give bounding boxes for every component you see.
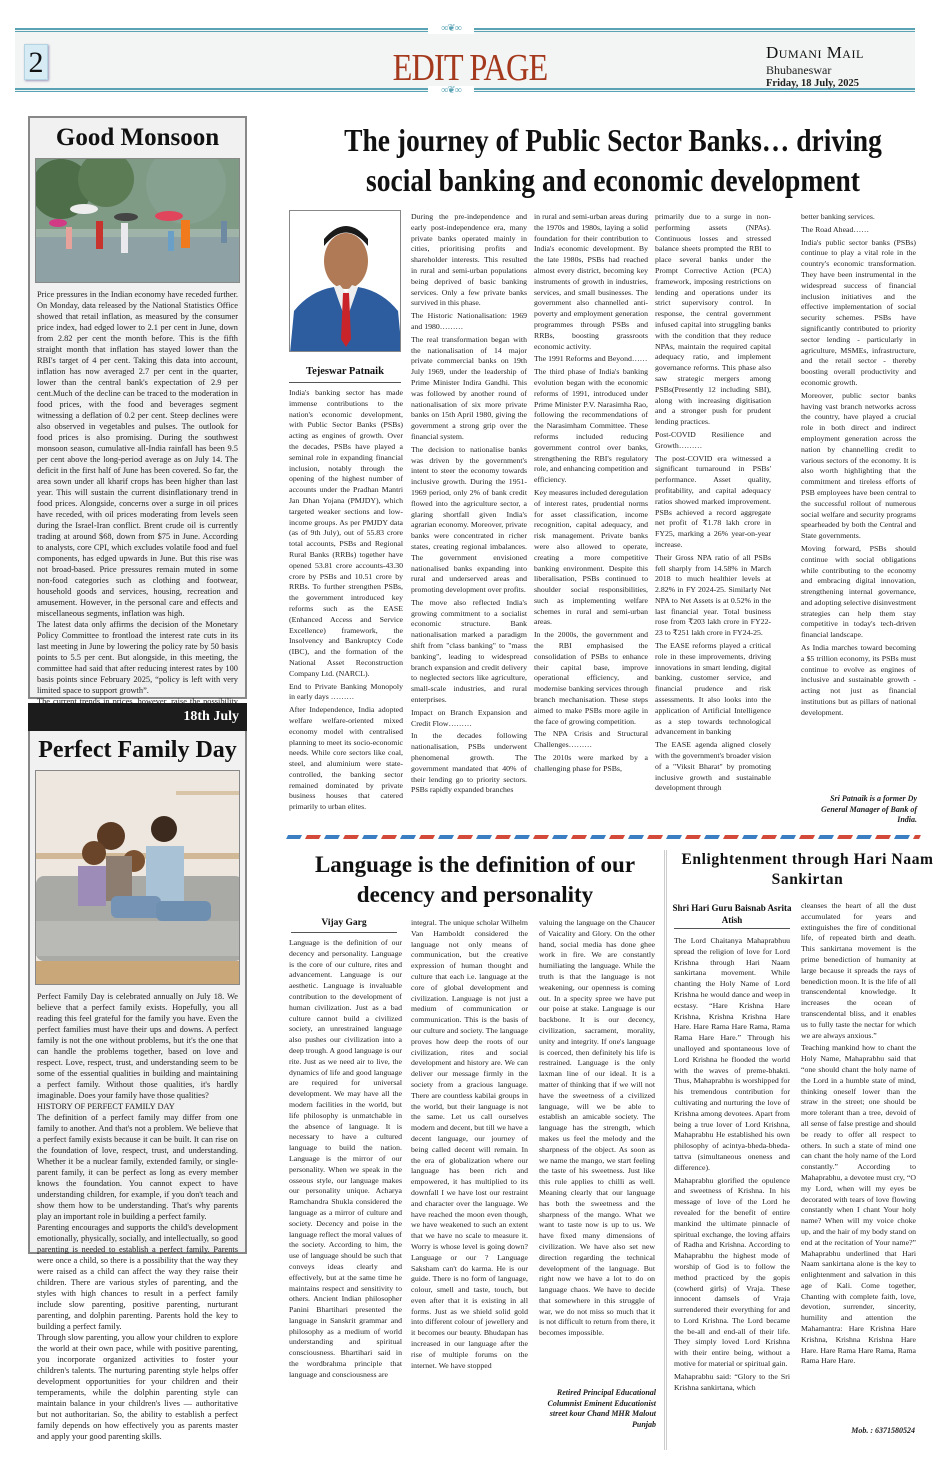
section-title: EDIT PAGE [232, 46, 708, 90]
subheading: The Historic Nationalisation: 1969 and 1… [411, 311, 527, 333]
paragraph: integral. The unique scholar Wilhelm Van… [411, 918, 528, 1371]
sankirtan-column-2: cleanses the heart of all the dust accum… [801, 901, 916, 1369]
psb-headline: The journey of Public Sector Banks… driv… [338, 120, 888, 200]
date-band: 18th July [28, 703, 247, 731]
paragraph: Mahaprabhu glorified the opulence and sw… [674, 1176, 790, 1370]
paragraph: The EASE agenda aligned closely with the… [655, 740, 771, 794]
newspaper-brand: Dumani Mail [766, 43, 864, 63]
psb-column-1: India's banking sector has made immense … [289, 388, 403, 815]
paragraph: better banking services. [801, 212, 916, 223]
byline-rule [289, 382, 401, 383]
paragraph: Language is the definition of our decenc… [289, 938, 402, 1381]
psb-column-2: During the pre-independence and early po… [411, 212, 527, 798]
page-number: 2 [24, 44, 48, 80]
paragraph: Through slow parenting, you allow your c… [37, 1332, 238, 1442]
paragraph: The definition of a perfect family may d… [37, 1112, 238, 1222]
subheading: The Road Ahead…… [801, 225, 916, 236]
paragraph: In the decades following nationalisation… [411, 731, 527, 796]
paragraph: After Independence, India adopted welfar… [289, 705, 403, 813]
column-separator [664, 850, 667, 1450]
paragraph: Key measures included deregulation of in… [534, 488, 648, 628]
family-sofa-photo [35, 770, 240, 985]
airmail-divider [286, 835, 921, 839]
psb-author: Tejeswar Patnaik [289, 366, 401, 377]
psb-author-note: Sri Patnaik is a former Dy General Manag… [805, 794, 917, 826]
paragraph: India's banking sector has made immense … [289, 388, 403, 680]
sankirtan-headline: Enlightenment through Hari Naam Sankirta… [680, 850, 935, 890]
sankirtan-contact: Mob. : 6371580524 [801, 1426, 915, 1437]
paragraph: The move also reflected India's growing … [411, 598, 527, 706]
good-monsoon-title: Good Monsoon [30, 124, 245, 152]
paragraph: Teaching mankind how to chant the Holy N… [801, 1043, 916, 1367]
monsoon-rain-photo [35, 158, 240, 283]
perfect-family-title: Perfect Family Day [30, 737, 245, 764]
paragraph: The 2010s were marked by a challenging p… [534, 753, 648, 775]
language-headline: Language is the definition of our decenc… [295, 850, 655, 910]
issue-date: Friday, 18 July, 2025 [766, 78, 859, 89]
perfect-family-body: Perfect Family Day is celebrated annuall… [30, 985, 245, 1442]
paragraph: Moreover, public sector banks having vas… [801, 391, 916, 542]
paragraph: Moving forward, PSBs should continue wit… [801, 544, 916, 641]
sankirtan-author: Shri Hari Guru Baisnab Asrita Atish [672, 902, 792, 926]
paragraph: As India marches toward becoming a $5 tr… [801, 643, 916, 719]
author-photo [289, 210, 401, 352]
good-monsoon-body: Price pressures in the Indian economy ha… [30, 283, 245, 762]
paragraph: in rural and semi-urban areas during the… [534, 212, 648, 352]
subheading: Post-COVID Resilience and Growth……… [655, 430, 771, 452]
paragraph: The third phase of India's banking evolu… [534, 367, 648, 486]
psb-column-4: primarily due to a surge in non-performi… [655, 212, 771, 796]
paragraph: In the 2000s, the government and the RBI… [534, 630, 648, 727]
byline-rule [291, 932, 397, 933]
paragraph: valuing the language on the Chaucer of V… [539, 918, 655, 1339]
ornament-icon: ∞❦∞ [428, 24, 474, 34]
subheading: HISTORY OF PERFECT FAMILY DAY [37, 1101, 238, 1112]
language-author-note: Retired Principal Educational Columnist … [540, 1388, 656, 1430]
byline-rule [674, 928, 790, 929]
paragraph: The real transformation began with the n… [411, 335, 527, 443]
psb-column-5: better banking services. The Road Ahead…… [801, 212, 916, 721]
paragraph: The latest data only affirms the decisio… [37, 619, 238, 696]
subheading: The 1991 Reforms and Beyond…… [534, 354, 648, 365]
language-column-2: integral. The unique scholar Wilhelm Van… [411, 918, 528, 1373]
paragraph: Mahaprabhu said: “Glory to the Sri Krish… [674, 1372, 790, 1394]
paragraph: Parenting encourages and supports the ch… [37, 1222, 238, 1332]
paragraph: The post-COVID era witnessed a significa… [655, 454, 771, 551]
subheading: End to Private Banking Monopoly in early… [289, 682, 403, 704]
paragraph: Perfect Family Day is celebrated annuall… [37, 991, 238, 1101]
paragraph: Price pressures in the Indian economy ha… [37, 289, 238, 619]
psb-column-3: in rural and semi-urban areas during the… [534, 212, 648, 777]
good-monsoon-box: Good Monsoon Price pressures in the Indi… [28, 116, 247, 699]
paragraph: The decision to nationalise banks was dr… [411, 445, 527, 596]
subheading: The NPA Crisis and Structural Challenges… [534, 729, 648, 751]
language-column-3: valuing the language on the Chaucer of V… [539, 918, 655, 1341]
paragraph: India's public sector banks (PSBs) conti… [801, 238, 916, 389]
language-author: Vijay Garg [289, 918, 399, 928]
sankirtan-column-1: The Lord Chaitanya Mahaprabhuu spread th… [674, 936, 790, 1395]
paragraph: primarily due to a surge in non-performi… [655, 212, 771, 428]
paragraph: The EASE reforms played a critical role … [655, 641, 771, 738]
paragraph: cleanses the heart of all the dust accum… [801, 901, 916, 1041]
perfect-family-box: Perfect Family Day Perfect Family Day is… [28, 731, 247, 1254]
language-column-1: Language is the definition of our decenc… [289, 938, 402, 1383]
subheading: Impact on Branch Expansion and Credit Fl… [411, 708, 527, 730]
paragraph: Their Gross NPA ratio of all PSBs fell s… [655, 553, 771, 639]
paragraph: During the pre-independence and early po… [411, 212, 527, 309]
edition-city: Bhubaneswar [766, 63, 831, 78]
paragraph: The Lord Chaitanya Mahaprabhuu spread th… [674, 936, 790, 1174]
